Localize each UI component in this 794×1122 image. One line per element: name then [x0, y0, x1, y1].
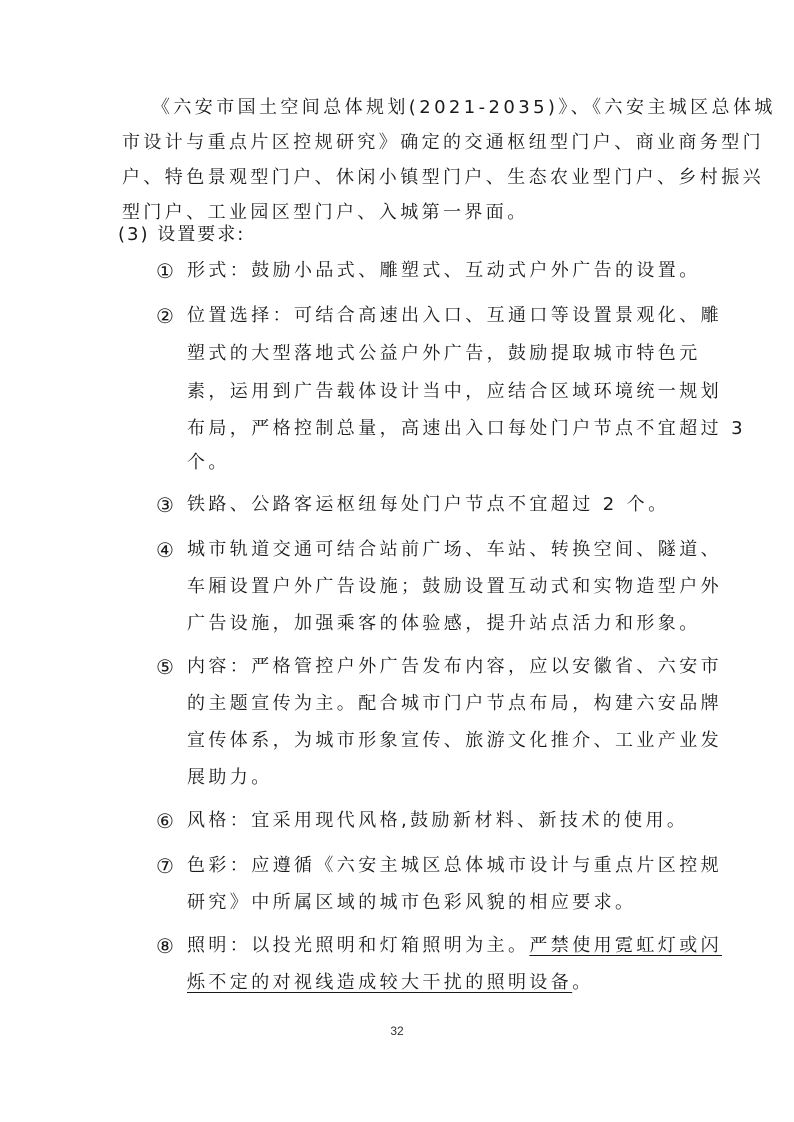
item-5-line-1: 内容：严格管控户外广告发布内容，应以安徽省、六安市: [187, 655, 722, 679]
item-8-line-1: 照明：以投光照明和灯箱照明为主。严禁使用霓虹灯或闪: [187, 934, 722, 958]
item-8-plain-text: 照明：以投光照明和灯箱照明为主。: [187, 935, 529, 956]
item-4-line-2: 车厢设置户外广告设施；鼓励设置互动式和实物造型户外: [187, 575, 722, 599]
item-marker-3: ③: [156, 493, 174, 517]
item-7-line-1: 色彩：应遵循《六安主城区总体城市设计与重点片区控规: [187, 854, 722, 878]
item-2-line-5: 个。: [187, 451, 230, 475]
item-8-line-2: 烁不定的对视线造成较大干扰的照明设备。: [187, 971, 594, 995]
item-5-line-4: 展助力。: [187, 766, 273, 790]
item-6-line-1: 风格：宜采用现代风格,鼓励新材料、新技术的使用。: [187, 809, 688, 833]
item-8-tail: 。: [572, 972, 593, 993]
item-4-line-3: 广告设施，加强乘客的体验感，提升站点活力和形象。: [187, 612, 701, 636]
item-5-line-2: 的主题宣传为主。配合城市门户节点布局，构建六安品牌: [187, 692, 722, 716]
item-marker-1: ①: [156, 259, 174, 283]
item-1-line-1: 形式：鼓励小品式、雕塑式、互动式户外广告的设置。: [187, 259, 701, 283]
page-number: 32: [0, 1024, 794, 1038]
intro-line-1: 《六安市国土空间总体规划(2021-2035)》、《六安主城区总体城: [152, 96, 776, 120]
item-marker-8: ⑧: [156, 934, 174, 958]
item-marker-2: ②: [156, 304, 174, 328]
item-marker-4: ④: [156, 538, 174, 562]
intro-line-3: 户、特色景观型门户、休闲小镇型门户、生态农业型门户、乡村振兴: [122, 166, 764, 190]
intro-line-4: 型门户、工业园区型门户、入城第一界面。: [122, 201, 529, 225]
item-8-underlined-text-2: 烁不定的对视线造成较大干扰的照明设备: [187, 972, 572, 993]
item-marker-6: ⑥: [156, 809, 174, 833]
item-2-line-3: 素，运用到广告载体设计当中，应结合区域环境统一规划: [187, 380, 722, 404]
intro-line-2: 市设计与重点片区控规研究》确定的交通枢纽型门户、商业商务型门: [122, 131, 764, 155]
item-2-line-4: 布局，严格控制总量，高速出入口每处门户节点不宜超过 3: [187, 417, 746, 441]
item-8-underlined-text-1: 严禁使用霓虹灯或闪: [529, 935, 722, 956]
item-marker-7: ⑦: [156, 854, 174, 878]
item-marker-5: ⑤: [156, 655, 174, 679]
section-heading: (3) 设置要求:: [118, 223, 245, 247]
item-2-line-1: 位置选择：可结合高速出入口、互通口等设置景观化、雕: [187, 304, 722, 328]
item-2-line-2: 塑式的大型落地式公益户外广告，鼓励提取城市特色元: [187, 342, 701, 366]
item-4-line-1: 城市轨道交通可结合站前广场、车站、转换空间、隧道、: [187, 538, 722, 562]
item-3-line-1: 铁路、公路客运枢纽每处门户节点不宜超过 2 个。: [187, 493, 670, 517]
item-7-line-2: 研究》中所属区域的城市色彩风貌的相应要求。: [187, 891, 636, 915]
item-5-line-3: 宣传体系，为城市形象宣传、旅游文化推介、工业产业发: [187, 729, 722, 753]
